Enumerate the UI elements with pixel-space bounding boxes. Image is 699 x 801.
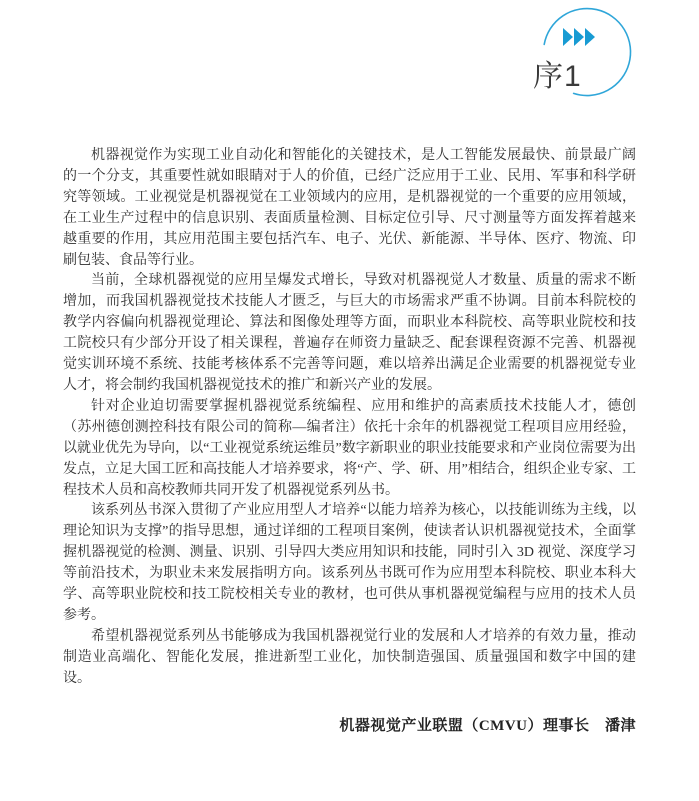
chapter-header: 序1 <box>533 0 673 110</box>
forward-arrow-icon <box>585 28 595 46</box>
signature-line: 机器视觉产业联盟（CMVU）理事长 潘津 <box>63 716 636 737</box>
forward-arrow-icon <box>563 28 573 46</box>
paragraph: 希望机器视觉系列丛书能够成为我国机器视觉行业的发展和人才培养的有效力量，推动制造… <box>63 627 636 690</box>
forward-arrow-icon <box>574 28 584 46</box>
paragraph: 当前，全球机器视觉的应用呈爆发式增长，导致对机器视觉人才数量、质量的需求不断增加… <box>63 271 636 396</box>
paragraph: 针对企业迫切需要掌握机器视觉系统编程、应用和维护的高素质技术技能人才，德创（苏州… <box>63 397 636 502</box>
page-title: 序1 <box>533 59 582 95</box>
preface-page: 序1 机器视觉作为实现工业自动化和智能化的关键技术，是人工智能发展最快、前景最广… <box>0 0 699 801</box>
paragraph: 机器视觉作为实现工业自动化和智能化的关键技术，是人工智能发展最快、前景最广阔的一… <box>63 146 636 271</box>
paragraph: 该系列丛书深入贯彻了产业应用型人才培养“以能力培养为核心，以技能训练为主线，以理… <box>63 501 636 626</box>
preface-body: 机器视觉作为实现工业自动化和智能化的关键技术，是人工智能发展最快、前景最广阔的一… <box>63 146 636 736</box>
